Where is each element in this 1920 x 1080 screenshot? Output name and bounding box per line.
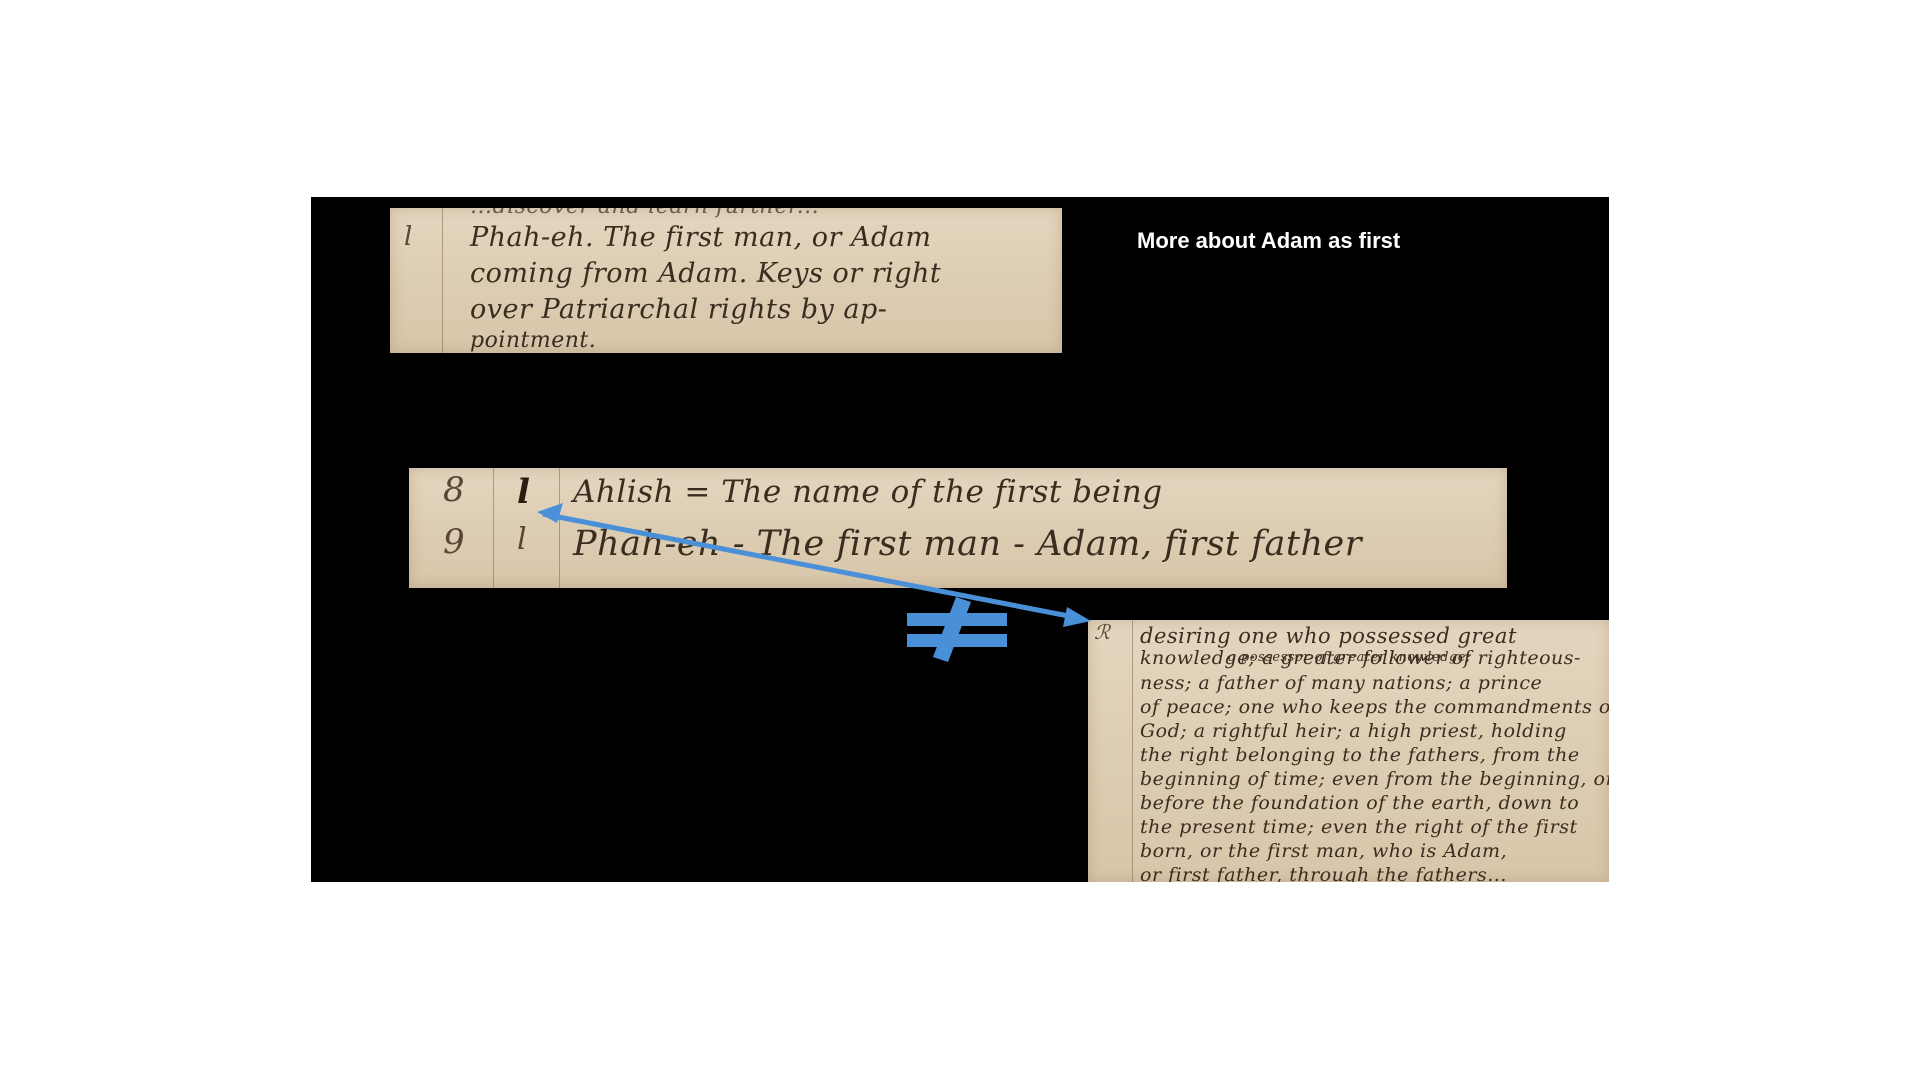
double-headed-arrow-icon	[537, 503, 1091, 627]
not-equal-icon	[907, 597, 1007, 662]
annotation-overlay	[311, 197, 1609, 882]
slide: More about Adam as first l ...discover a…	[311, 197, 1609, 882]
